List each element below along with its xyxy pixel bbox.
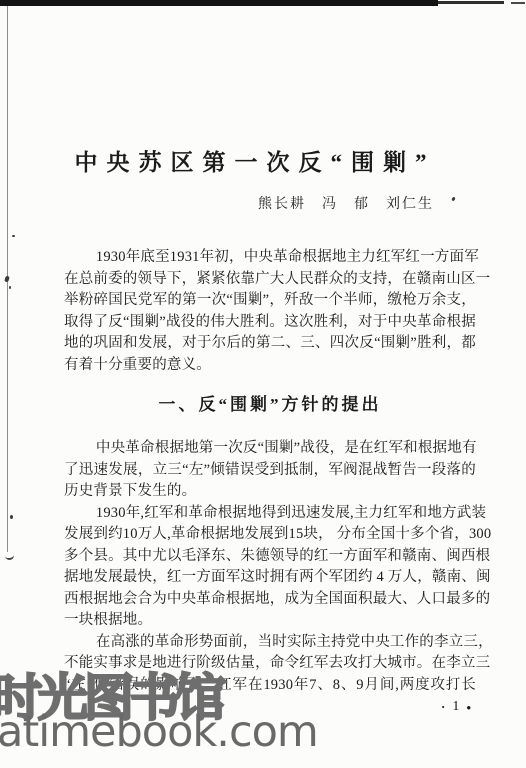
page-number-right-dot: ●	[466, 704, 473, 712]
article-authors: 熊长耕 冯 郁 刘仁生	[258, 193, 434, 213]
scanned-book-page: 中央苏区第一次反“围剿” 熊长耕 冯 郁 刘仁生 1930年底至1931年初，中…	[0, 0, 526, 768]
body-line: 有着十分重要的意义。	[64, 355, 476, 377]
scan-edge-bar	[0, 0, 438, 6]
scan-pencil-mark	[4, 550, 14, 560]
body-line: 取得了反“围剿”战役的伟大胜利。这次胜利，对于中央革命根据	[64, 312, 476, 334]
body-line: 地的巩固和发展，对于尔后的第二、三、四次反“围剿”胜利，都	[64, 333, 476, 355]
scan-speck	[10, 515, 13, 519]
body-line: 据地发展最快，红一方面军这时拥有两个军团约 4 万人，赣南、闽	[64, 567, 476, 589]
body-line: 举粉碎国民党军的第一次“围剿”，歼敌一个半师，缴枪万余支，	[64, 290, 476, 312]
article-title: 中央苏区第一次反“围剿”	[0, 144, 526, 177]
body-paragraph: 1930年,红军和革命根据地得到迅速发展,主力红军和地方武装发展到约10万人,革…	[64, 503, 476, 632]
scan-edge-bar-tip	[511, 2, 525, 4]
body-paragraph: 中央革命根据地第一次反“围剿”战役，是在红军和根据地有了迅速发展，立三“左”倾错…	[64, 438, 476, 503]
scan-speck	[12, 235, 15, 237]
body-line: 历史背景下发生的。	[64, 481, 476, 503]
section-heading: 一、反“围剿”方针的提出	[64, 394, 476, 416]
scan-speck	[451, 197, 456, 202]
scan-edge-bar-thin	[438, 1, 504, 4]
body-line: 中央革命根据地第一次反“围剿”战役，是在红军和根据地有	[64, 438, 476, 460]
body-paragraph: 1930年底至1931年初，中央革命根据地主力红军红一方面军在总前委的领导下，紧…	[64, 247, 476, 376]
scan-speck	[9, 286, 11, 289]
body-line: 在高涨的革命形势面前，当时实际主持党中央工作的李立三，	[64, 632, 476, 654]
page-number-value: 1	[452, 699, 461, 715]
body-text-column: 1930年底至1931年初，中央革命根据地主力红军红一方面军在总前委的领导下，紧…	[64, 247, 476, 696]
page-number: · 1 ●	[441, 699, 473, 715]
body-line: 了迅速发展，立三“左”倾错误受到抵制，军阀混战暂告一段落的	[64, 460, 476, 482]
page-number-left-dot: ·	[441, 699, 447, 715]
watermark-url: atimebook.com	[0, 707, 318, 757]
body-line: 西根据地会合为中央革命根据地，成为全国面积最大、人口最多的	[64, 589, 476, 611]
body-line: 在总前委的领导下，紧紧依靠广大人民群众的支持，在赣南山区一	[64, 269, 476, 291]
body-line: 1930年,红军和革命根据地得到迅速发展,主力红军和地方武装	[64, 503, 476, 525]
scan-speck	[4, 276, 10, 283]
body-line: 1930年底至1931年初，中央革命根据地主力红军红一方面军	[64, 247, 476, 269]
body-line: 一块根据地。	[64, 610, 476, 632]
body-line: 发展到约10万人,革命根据地发展到15块， 分布全国十多个省，300	[64, 524, 476, 546]
body-line: 多个县。其中尤以毛泽东、朱德领导的红一方面军和赣南、闽西根	[64, 546, 476, 568]
